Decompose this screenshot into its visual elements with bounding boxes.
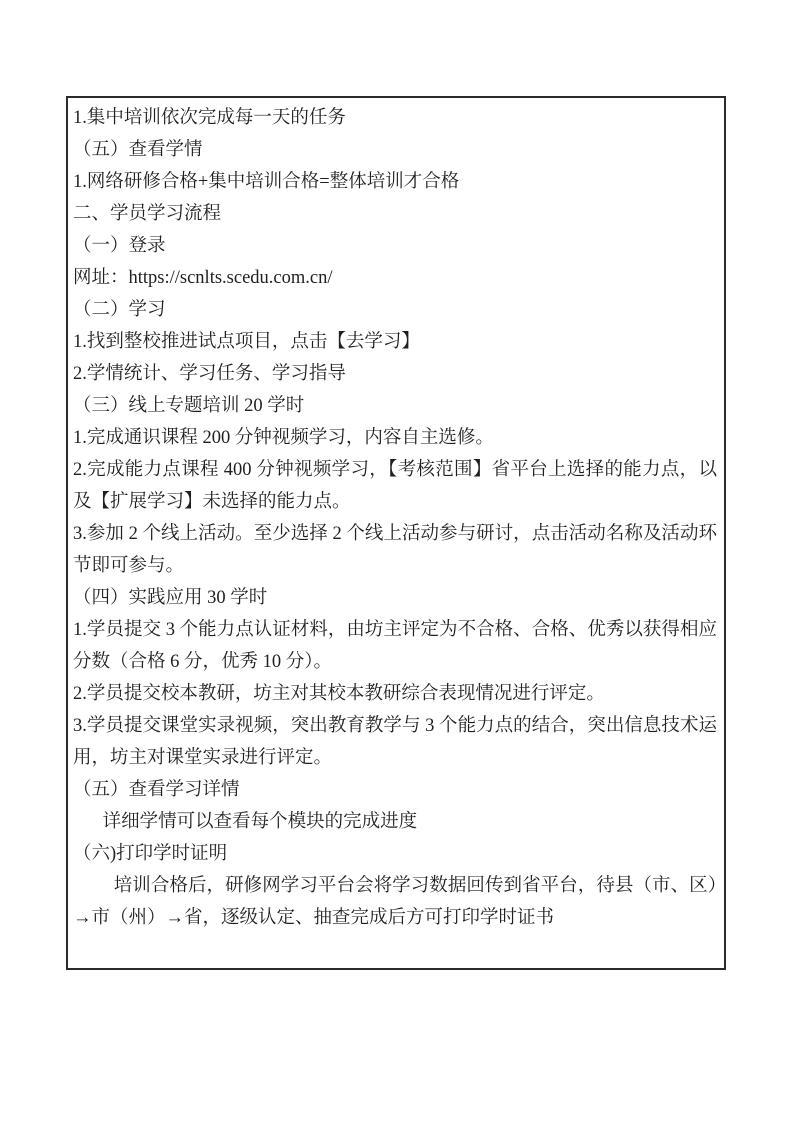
paragraph-study-step-2: 2.学情统计、学习任务、学习指导 <box>73 358 717 390</box>
paragraph-section-3-online-training: （三）线上专题培训 20 学时 <box>73 390 717 422</box>
paragraph-certificate-note: 培训合格后，研修网学习平台会将学习数据回传到省平台，待县（市、区）→市（州）→省… <box>73 870 717 934</box>
paragraph-section-5-details: （五）查看学习详情 <box>73 774 717 806</box>
paragraph-practice-item-3: 3.学员提交课堂实录视频，突出教育教学与 3 个能力点的结合，突出信息技术运用，… <box>73 710 717 774</box>
paragraph-details-note: 详细学情可以查看每个模块的完成进度 <box>73 806 717 838</box>
paragraph-heading-learning-process: 二、学员学习流程 <box>73 198 717 230</box>
paragraph-url-line: 网址：https://scnlts.scedu.com.cn/ <box>73 262 717 294</box>
paragraph-online-item-3: 3.参加 2 个线上活动。至少选择 2 个线上活动参与研讨，点击活动名称及活动环… <box>73 518 717 582</box>
paragraph-section-4-practice: （四）实践应用 30 学时 <box>73 582 717 614</box>
paragraph-pass-rule: 1.网络研修合格+集中培训合格=整体培训才合格 <box>73 166 717 198</box>
paragraph-section-6-certificate: （六)打印学时证明 <box>73 838 717 870</box>
paragraph-section-2-study: （二）学习 <box>73 294 717 326</box>
paragraph-section-1-login: （一）登录 <box>73 230 717 262</box>
paragraph-practice-item-2: 2.学员提交校本教研，坊主对其校本教研综合表现情况进行评定。 <box>73 678 717 710</box>
paragraph-practice-item-1: 1.学员提交 3 个能力点认证材料，由坊主评定为不合格、合格、优秀以获得相应分数… <box>73 614 717 678</box>
paragraph-online-item-1: 1.完成通识课程 200 分钟视频学习，内容自主选修。 <box>73 422 717 454</box>
paragraph-online-item-2: 2.完成能力点课程 400 分钟视频学习，【考核范围】省平台上选择的能力点，以及… <box>73 454 717 518</box>
paragraph-task-note: 1.集中培训依次完成每一天的任务 <box>73 102 717 134</box>
document-page: 1.集中培训依次完成每一天的任务 （五）查看学情 1.网络研修合格+集中培训合格… <box>0 0 793 1122</box>
paragraph-study-step-1: 1.找到整校推进试点项目，点击【去学习】 <box>73 326 717 358</box>
table-cell: 1.集中培训依次完成每一天的任务 （五）查看学情 1.网络研修合格+集中培训合格… <box>66 96 726 970</box>
paragraph-section-5-check-progress: （五）查看学情 <box>73 134 717 166</box>
